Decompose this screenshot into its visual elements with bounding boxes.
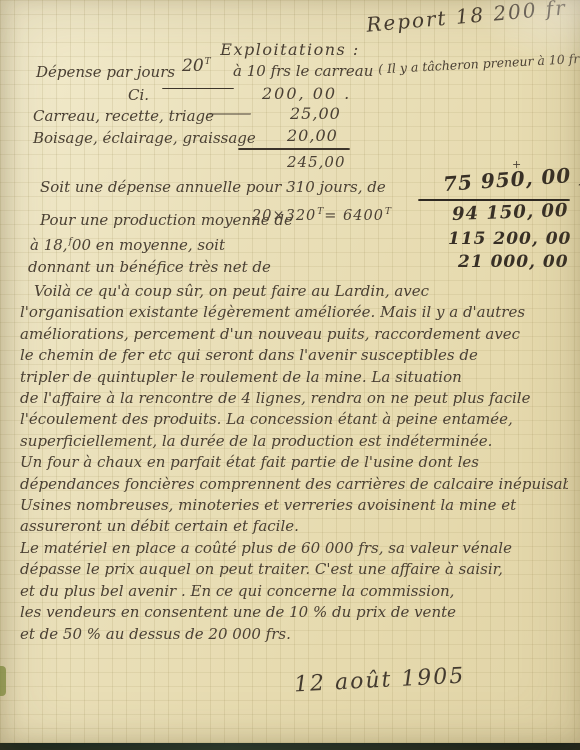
body-line: l'écoulement des produits. La concession… [20, 409, 568, 430]
ci-amount: 200, 00 . [262, 84, 351, 103]
profit-amount: 21 000, 00 [458, 252, 569, 272]
expense-item-dash: — [205, 104, 253, 122]
formula-right: = 6400 [324, 208, 384, 224]
average-label-right: 00 en moyenne, soit [72, 236, 225, 254]
body-line: Un four à chaux en parfait état fait par… [20, 452, 568, 473]
report-carryover: Report 18 200 fr [365, 0, 567, 37]
body-line: et de 50 % au dessus de 20 000 frs. [20, 624, 568, 645]
average-amount: 115 200, 00 [448, 229, 571, 249]
body-line: Voilà ce qu'à coup sûr, on peut faire au… [20, 281, 568, 302]
daily-expense-quantity: 20T [182, 56, 211, 76]
body-paragraph: Voilà ce qu'à coup sûr, on peut faire au… [20, 281, 568, 645]
production-amount: 94 150, 00 [452, 200, 569, 225]
body-line: le chemin de fer etc qui seront dans l'a… [20, 345, 568, 366]
body-line: superficiellement, la durée de la produc… [20, 431, 568, 452]
formula-right-unit: T [385, 207, 392, 217]
manuscript-page: Report 18 200 fr Exploitations : Dépense… [0, 0, 580, 750]
subtotal-amount: 245,00 [287, 153, 346, 171]
daily-expense-rate: à 10 frs le carreau [233, 62, 373, 80]
body-line: dépasse le prix auquel on peut traiter. … [20, 559, 568, 580]
body-line: tripler de quintupler le roulement de la… [20, 367, 568, 388]
body-line: les vendeurs en consentent une de 10 % d… [20, 602, 568, 623]
quantity-unit: T [205, 57, 211, 67]
expense-item-label: Carreau, recette, triage [33, 107, 214, 125]
date-signature: 12 août 1905 [293, 664, 465, 698]
body-line: de l'affaire à la rencontre de 4 lignes,… [20, 388, 568, 409]
ci-underline-rule [162, 88, 234, 89]
margin-mark [0, 666, 6, 696]
ci-label: Ci. [128, 86, 149, 104]
expense-item-amount: 20,00 [287, 126, 338, 145]
subtotal-rule [238, 148, 350, 150]
body-line: assureront un débit certain et facile. [20, 516, 568, 537]
body-line: et du plus bel avenir . En ce qui concer… [20, 581, 568, 602]
formula-left: 20×320 [252, 208, 316, 224]
expense-item-amount: 25,00 [290, 104, 341, 123]
quantity-value: 20 [182, 56, 204, 76]
annual-amount-value: 75 950, 00 [442, 163, 572, 196]
expense-item-label: Boisage, éclairage, graissage [33, 129, 256, 147]
average-label-left: à 18, [30, 236, 68, 254]
body-line: améliorations, percement d'un nouveau pu… [20, 324, 568, 345]
body-line: Le matériel en place a coûté plus de 60 … [20, 538, 568, 559]
body-line: Usines nombreuses, minoteries et verreri… [20, 495, 568, 516]
profit-label: donnant un bénéfice très net de [28, 258, 271, 276]
daily-expense-label: Dépense par jours [36, 63, 175, 81]
average-price-label: à 18,f00 en moyenne, soit [30, 236, 225, 254]
body-line: l'organisation existante légèrement amél… [20, 302, 568, 323]
body-line: dépendances foncières comprennent des ca… [20, 474, 568, 495]
scan-edge [0, 743, 580, 750]
annual-expense-label: Soit une dépense annuelle pour 310 jours… [40, 178, 386, 196]
production-formula: 20×320T= 6400T [252, 207, 392, 224]
annual-expense-amount: 75 950, 00 f [442, 162, 580, 196]
